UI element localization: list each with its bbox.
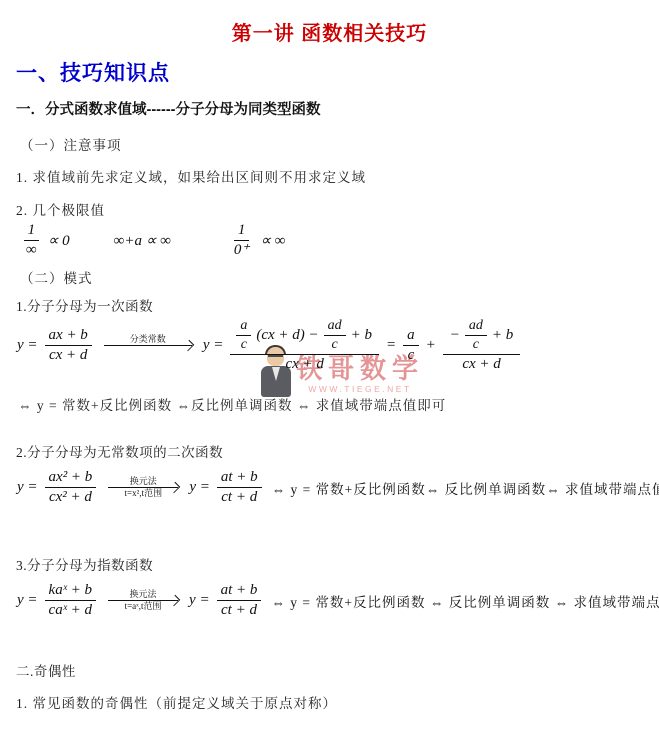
limit-formulas: 1 ∞ ∝ 0 ∞+a ∝ ∞ 1 0⁺ ∝ ∞ xyxy=(18,222,289,260)
fraction-one-over-zero-plus: 1 0⁺ xyxy=(230,222,253,260)
y-equals: y = xyxy=(189,592,210,609)
limit1-result: ∝ 0 xyxy=(48,231,70,250)
y-equals: y = xyxy=(17,592,38,609)
fraction-a-over-c: a c xyxy=(236,318,251,353)
fraction-linear: ax + b cx + d xyxy=(45,327,92,365)
arrow-label-bottom: t=x²,t范围 xyxy=(125,488,163,499)
big-fraction-2: − ad c + b cx + d xyxy=(443,318,521,373)
y-equals: y = xyxy=(17,479,38,496)
case3-equivalence: ⇔ y = 常数+反比例函数 ⇔ 反比例单调函数 ⇔ 求值域带端点值 xyxy=(271,591,659,611)
y-equals: y = xyxy=(189,479,210,496)
case1-title: 1.分子分母为一次函数 xyxy=(16,295,153,315)
case3-title: 3.分子分母为指数函数 xyxy=(16,554,153,574)
equals-sign: = xyxy=(386,337,396,354)
fraction-ad-over-c: ad c xyxy=(465,318,487,353)
y-equals: y = xyxy=(17,337,38,354)
case2-title: 2.分子分母为无常数项的二次函数 xyxy=(16,441,223,461)
big-fraction-numerator: a c (cx + d) − ad c + b xyxy=(230,318,379,355)
minus-sign: − xyxy=(450,327,460,344)
y-equals: y = xyxy=(203,337,224,354)
section2-item-1: 1. 常见函数的奇偶性（前提定义域关于原点对称） xyxy=(16,692,337,712)
note-item-2: 2. 几个极限值 xyxy=(16,199,105,219)
limit3-result: ∝ ∞ xyxy=(260,231,285,250)
watermark-url: WWW.TIEGE.NET xyxy=(308,384,411,394)
middle-term: (cx + d) − xyxy=(256,327,318,344)
fraction-substituted: at + b ct + d xyxy=(217,469,262,507)
section-heading: 一、技巧知识点 xyxy=(16,57,170,87)
subsection-title: 一．分式函数求值域------分子分母为同类型函数 xyxy=(16,98,320,119)
arrow-label-top: 换元法 xyxy=(130,589,157,600)
arrow-label-top: 分类常数 xyxy=(130,334,166,345)
plus-sign: + xyxy=(426,337,436,354)
plus-b: + b xyxy=(351,327,372,344)
case2-formula: y = ax² + b cx² + d 换元法 t=x²,t范围 y = at … xyxy=(14,469,659,507)
fraction-ad-over-c: ad c xyxy=(324,318,346,353)
labeled-arrow: 换元法 t=x²,t范围 xyxy=(108,476,178,499)
fraction-one-over-infinity: 1 ∞ xyxy=(22,222,41,260)
plus-b: + b xyxy=(492,327,513,344)
case2-equivalence: ⇔ y = 常数+反比例函数⇔ 反比例单调函数⇔ 求值域带端点值 xyxy=(272,478,659,498)
arrow-shaft xyxy=(104,345,192,346)
labeled-arrow: 换元法 t=aˣ,t范围 xyxy=(108,589,178,612)
notes-heading: （一）注意事项 xyxy=(20,134,122,154)
arrow-shaft xyxy=(108,600,178,601)
arrow-label-top: 换元法 xyxy=(130,476,157,487)
labeled-arrow: 分类常数 xyxy=(104,334,192,357)
case1-equivalence: ⇔ y = 常数+反比例函数 ⇔反比例单调函数 ⇔ 求值域带端点值即可 xyxy=(18,394,446,414)
arrow-shaft xyxy=(108,487,178,488)
fraction-a-over-c: a c xyxy=(403,327,419,365)
fraction-exponential: kaˣ + b caˣ + d xyxy=(45,582,97,620)
document-page: 铁哥数学 WWW.TIEGE.NET 第一讲 函数相关技巧 一、技巧知识点 一．… xyxy=(0,0,659,738)
limit2-formula: ∞+a ∝ ∞ xyxy=(114,231,171,250)
mode-heading: （二）模式 xyxy=(20,267,93,287)
big-fraction: a c (cx + d) − ad c + b cx + d xyxy=(230,318,379,373)
arrow-label-bottom: t=aˣ,t范围 xyxy=(125,601,162,612)
case3-formula: y = kaˣ + b caˣ + d 换元法 t=aˣ,t范围 y = at … xyxy=(14,582,659,620)
fraction-quadratic: ax² + b cx² + d xyxy=(45,469,97,507)
big-fraction-2-numerator: − ad c + b xyxy=(443,318,521,355)
fraction-substituted: at + b ct + d xyxy=(217,582,262,620)
page-title: 第一讲 函数相关技巧 xyxy=(0,17,659,46)
section2-title: 二.奇偶性 xyxy=(16,660,76,680)
note-item-1: 1. 求值域前先求定义域，如果给出区间则不用求定义域 xyxy=(16,166,366,186)
case1-formula: y = ax + b cx + d 分类常数 y = a c (cx + d) … xyxy=(14,318,524,373)
